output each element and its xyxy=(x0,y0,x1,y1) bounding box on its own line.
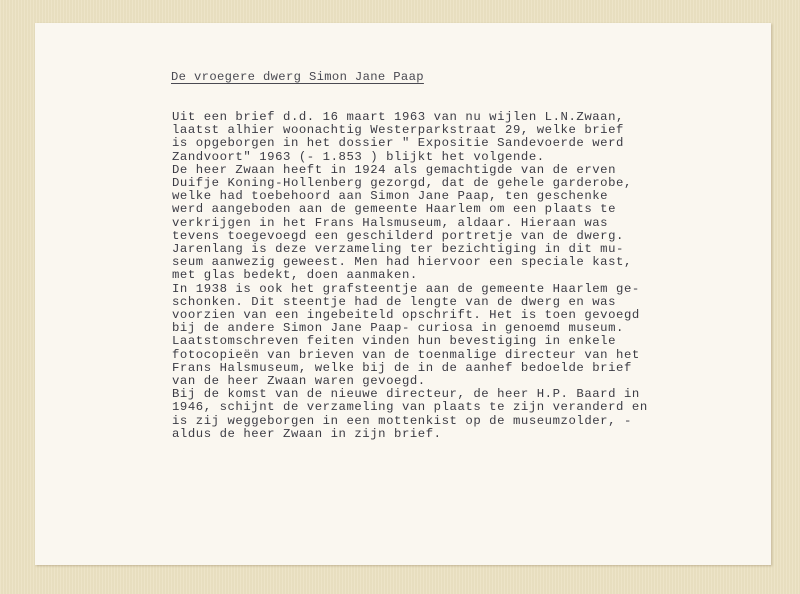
text-line: In 1938 is ook het grafsteentje aan de g… xyxy=(172,283,648,296)
text-line: 1946, schijnt de verzameling van plaats … xyxy=(172,401,648,414)
document-body: Uit een brief d.d. 16 maart 1963 van nu … xyxy=(172,111,648,441)
text-line: verkrijgen in het Frans Halsmuseum, alda… xyxy=(172,217,648,230)
text-line: Zandvoort" 1963 (- 1.853 ) blijkt het vo… xyxy=(172,151,648,164)
title-text: De vroegere dwerg Simon Jane Paap xyxy=(171,70,424,84)
text-line: fotocopieën van brieven van de toenmalig… xyxy=(172,349,648,362)
text-line: aldus de heer Zwaan in zijn brief. xyxy=(172,428,648,441)
text-line: werd aangeboden aan de gemeente Haarlem … xyxy=(172,203,648,216)
text-line: Laatstomschreven feiten vinden hun beves… xyxy=(172,335,648,348)
text-line: is opgeborgen in het dossier " Expositie… xyxy=(172,137,648,150)
text-line: met glas bedekt, doen aanmaken. xyxy=(172,269,648,282)
text-line: is zij weggeborgen in een mottenkist op … xyxy=(172,415,648,428)
document-title: De vroegere dwerg Simon Jane Paap xyxy=(171,70,424,84)
